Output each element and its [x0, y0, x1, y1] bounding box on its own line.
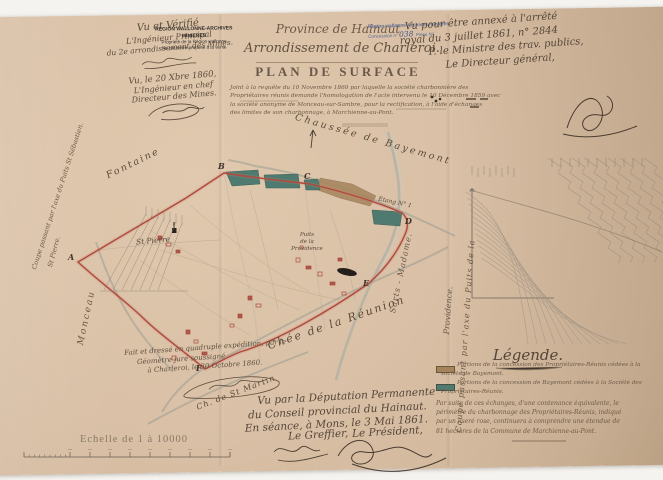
legend-note-line-1: Par suite de ces échanges, d'une contena…: [436, 399, 636, 408]
puits-line-1: Puits: [283, 232, 331, 239]
boundary-point-d: D: [405, 216, 412, 226]
chief-engineer-signature: [140, 99, 212, 127]
legend-note: Par suite de ces échanges, d'une contena…: [436, 399, 636, 436]
puits-line-3: Providence: [283, 246, 331, 253]
strata-lines: [466, 190, 662, 344]
paragraph-line-4: des limites de son charbonnage, à Marchi…: [230, 109, 456, 117]
boundary-point-a: A: [68, 252, 74, 262]
legend-note-line-2: périmètre du charbonnage des Propriétair…: [436, 408, 636, 417]
legend-note-line-3: par un liseré rose, continuera à compren…: [436, 417, 636, 426]
paragraph-line-3: la société anonyme de Monceau-sur-Sambre…: [230, 101, 456, 109]
concession-label: Concession n°: [368, 33, 398, 39]
legend-item2-line1: Portions de la concession de Bayemont cé…: [457, 380, 642, 386]
label-puits-providence: Puits de la Providence: [283, 232, 331, 252]
director-general-signature: [553, 84, 653, 142]
zigzag-seams: [548, 158, 663, 263]
legend-item1-line2: société de Bayemont.: [441, 371, 504, 377]
boundary-point-e: E: [363, 278, 369, 288]
boundary-point-b: B: [218, 161, 225, 171]
president-signature: [330, 432, 470, 476]
puits-line-2: de la: [283, 239, 331, 246]
terril-mark: [336, 266, 357, 277]
north-arrow-icon: [310, 130, 316, 148]
church-icon: [172, 222, 177, 233]
greffier-signature: [268, 440, 338, 468]
section-tick-marks: [472, 158, 642, 177]
paragraph-line-2: Propriétaires réunis demande l'homologat…: [230, 92, 456, 100]
boundary-point-f: F: [196, 363, 202, 373]
request-paragraph: Joint à la requête du 10 Novembre 1860 p…: [230, 84, 456, 118]
scanned-map-document: Vu et Vérifié L'Ingénieur Principal du 2…: [0, 0, 663, 480]
boundary-point-c: C: [304, 171, 310, 181]
scale-bar: [24, 450, 232, 458]
archives-stamp: REGION WALLONNE-ARCHIVES MINIERES Propri…: [146, 25, 242, 52]
legend-item1-line1: Portions de la concession des Propriétai…: [457, 362, 641, 368]
paragraph-line-1: Joint à la requête du 10 Novembre 1860 p…: [230, 84, 456, 92]
scale-label: Echelle de 1 à 10000: [74, 434, 194, 445]
